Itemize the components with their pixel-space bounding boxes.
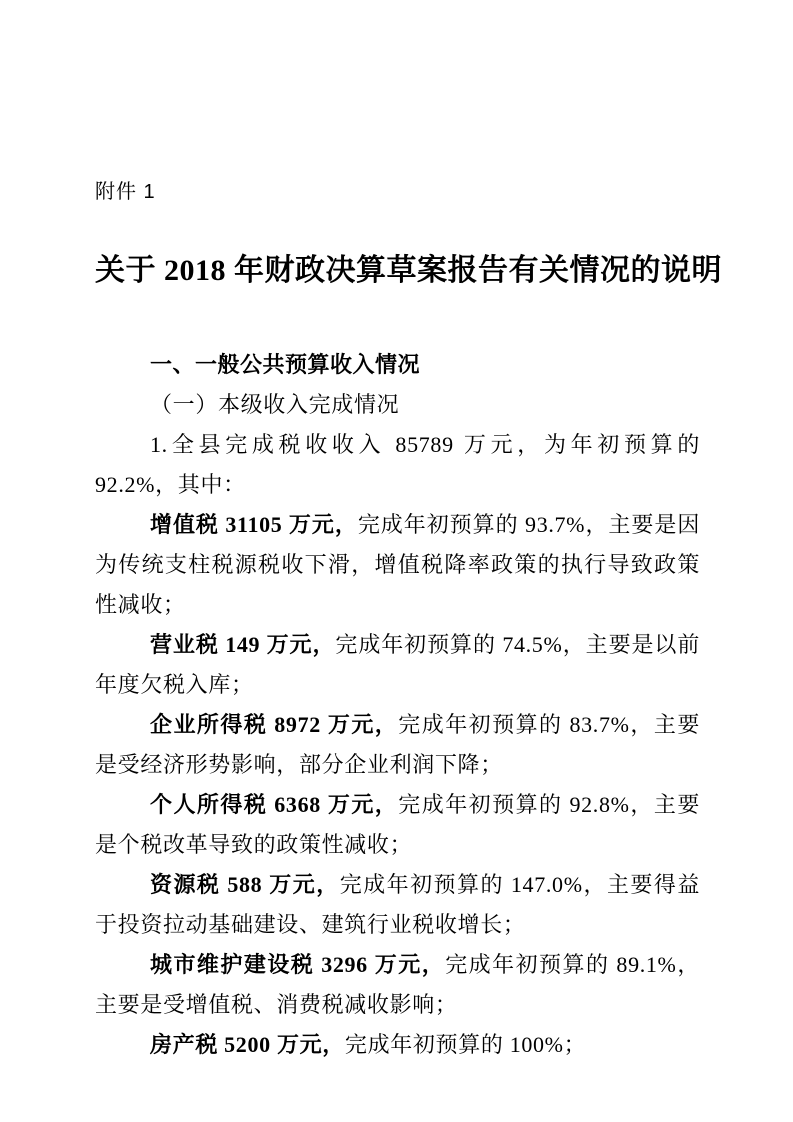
tax-item-corporate-income-tax: 企业所得税 8972 万元，完成年初预算的 83.7%，主要是受经济形势影响，部…: [95, 705, 700, 785]
tax-item-lead: 企业所得税 8972 万元，: [150, 712, 398, 737]
tax-item-personal-income-tax: 个人所得税 6368 万元，完成年初预算的 92.8%，主要是个税改革导致的政策…: [95, 785, 700, 865]
attachment-label: 附件 1: [95, 181, 700, 203]
section-heading-revenue: 一、一般公共预算收入情况: [95, 345, 700, 385]
tax-item-resource-tax: 资源税 588 万元，完成年初预算的 147.0%，主要得益于投资拉动基础建设、…: [95, 865, 700, 945]
tax-item-lead: 房产税 5200 万元，: [150, 1032, 345, 1057]
tax-item-lead: 个人所得税 6368 万元，: [150, 792, 398, 817]
tax-item-lead: 城市维护建设税 3296 万元，: [150, 952, 445, 977]
intro-paragraph: 1.全县完成税收收入 85789 万元，为年初预算的 92.2%，其中：: [95, 425, 700, 505]
document-title: 关于 2018 年财政决算草案报告有关情况的说明: [95, 249, 700, 293]
tax-item-business-tax: 营业税 149 万元，完成年初预算的 74.5%，主要是以前年度欠税入库；: [95, 625, 700, 705]
tax-item-urban-maintenance-tax: 城市维护建设税 3296 万元，完成年初预算的 89.1%，主要是受增值税、消费…: [95, 945, 700, 1025]
document-page: 附件 1 关于 2018 年财政决算草案报告有关情况的说明 一、一般公共预算收入…: [0, 0, 793, 1122]
tax-item-vat: 增值税 31105 万元，完成年初预算的 93.7%，主要是因为传统支柱税源税收…: [95, 505, 700, 625]
document-body: 一、一般公共预算收入情况 （一）本级收入完成情况 1.全县完成税收收入 8578…: [95, 345, 700, 1065]
tax-item-lead: 营业税 149 万元，: [150, 632, 335, 657]
subsection-heading-completion: （一）本级收入完成情况: [95, 385, 700, 425]
tax-item-lead: 资源税 588 万元，: [150, 872, 340, 897]
tax-item-property-tax: 房产税 5200 万元，完成年初预算的 100%；: [95, 1025, 700, 1065]
tax-item-lead: 增值税 31105 万元，: [150, 512, 358, 537]
tax-item-detail: 完成年初预算的 100%；: [345, 1032, 586, 1057]
